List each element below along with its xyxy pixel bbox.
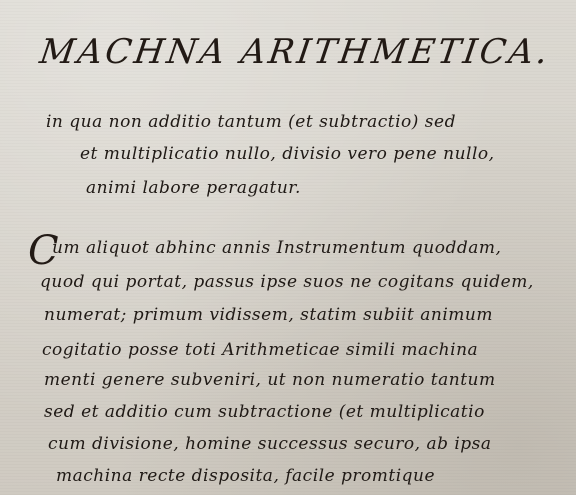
text-line: quod qui portat, passus ipse suos ne cog… bbox=[40, 272, 534, 292]
text-line: animi labore peragatur. bbox=[86, 178, 301, 198]
manuscript-page: MACHNA ARITHMETICA. in qua non additio t… bbox=[0, 0, 576, 495]
text-line: numerat; primum vidissem, statim subiit … bbox=[44, 305, 493, 325]
text-line: et multiplicatio nullo, divisio vero pen… bbox=[80, 144, 495, 164]
text-line: cogitatio posse toti Arithmeticae simili… bbox=[42, 340, 478, 360]
manuscript-title: MACHNA ARITHMETICA. bbox=[37, 32, 553, 72]
text-line: um aliquot abhinc annis Instrumentum quo… bbox=[52, 238, 501, 258]
text-line: cum divisione, homine successus securo, … bbox=[48, 434, 492, 454]
text-line: machina recte disposita, facile promtiqu… bbox=[56, 466, 435, 486]
text-line: in qua non additio tantum (et subtractio… bbox=[46, 112, 456, 132]
text-line: menti genere subveniri, ut non numeratio… bbox=[44, 370, 496, 390]
text-line: sed et additio cum subtractione (et mult… bbox=[44, 402, 485, 422]
